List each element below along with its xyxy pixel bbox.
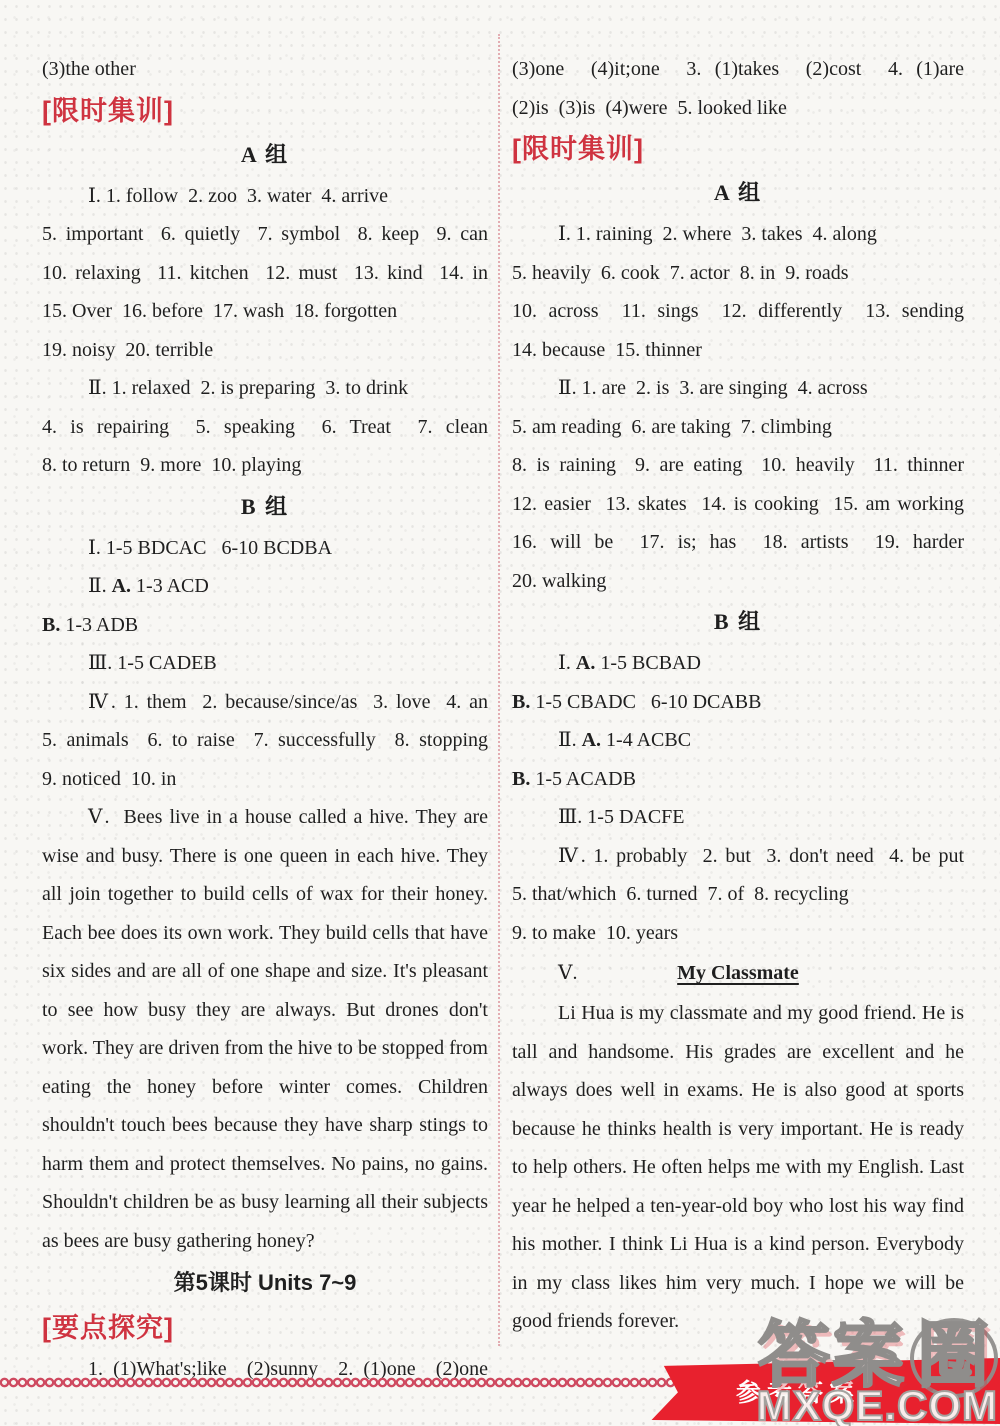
answer-line: Ⅲ. 1-5 CADEB bbox=[42, 644, 488, 683]
answer-line: Ⅱ. 1. are 2. is 3. are singing 4. across bbox=[512, 369, 964, 408]
answer-line: 5. heavily 6. cook 7. actor 8. in 9. roa… bbox=[512, 254, 964, 293]
essay-title: My Classmate bbox=[677, 962, 799, 984]
answer-line: 15. Over 16. before 17. wash 18. forgott… bbox=[42, 292, 488, 331]
answer-line: B. 1-5 ACADB bbox=[512, 760, 964, 799]
answer-line: B. 1-5 CBADC 6-10 DCABB bbox=[512, 683, 964, 722]
essay-paragraph: Ⅴ. Bees live in a house called a hive. T… bbox=[42, 798, 488, 1260]
answer-line: Ⅰ. A. 1-5 BCBAD bbox=[512, 644, 964, 683]
answer-line: 10. across 11. sings 12. differently 13.… bbox=[512, 292, 964, 331]
answer-line: 8. to return 9. more 10. playing bbox=[42, 446, 488, 485]
answer-line: (2)is (3)is (4)were 5. looked like bbox=[512, 89, 964, 128]
answer-line: Ⅱ. A. 1-4 ACBC bbox=[512, 721, 964, 760]
answer-line: 16. will be 17. is; has 18. artists 19. … bbox=[512, 523, 964, 562]
watermark: 答案圈 MXQE.COM bbox=[757, 1318, 998, 1424]
answer-line: Ⅲ. 1-5 DACFE bbox=[512, 798, 964, 837]
red-section-header: [要点探究] bbox=[42, 1306, 488, 1350]
answer-line: 9. noticed 10. in bbox=[42, 760, 488, 799]
answer-line: Ⅳ. 1. them 2. because/since/as 3. love 4… bbox=[42, 683, 488, 722]
chapter-heading: 第5课时 Units 7~9 bbox=[42, 1260, 488, 1306]
red-section-header: [限时集训] bbox=[42, 89, 488, 133]
answer-line: Ⅳ. 1. probably 2. but 3. don't need 4. b… bbox=[512, 837, 964, 876]
answer-line: 5. that/which 6. turned 7. of 8. recycli… bbox=[512, 875, 964, 914]
watermark-site: MXQE.COM bbox=[757, 1388, 998, 1424]
essay-numeral: Ⅴ. bbox=[558, 952, 577, 994]
essay-paragraph: Li Hua is my classmate and my good frien… bbox=[512, 994, 964, 1341]
answer-line: Ⅱ. 1. relaxed 2. is preparing 3. to drin… bbox=[42, 369, 488, 408]
answer-line: 5. am reading 6. are taking 7. climbing bbox=[512, 408, 964, 447]
answer-line: 9. to make 10. years bbox=[512, 914, 964, 953]
answer-line: 14. because 15. thinner bbox=[512, 331, 964, 370]
column-divider bbox=[498, 34, 500, 1346]
left-column: (3)the other[限时集训]A 组Ⅰ. 1. follow 2. zoo… bbox=[42, 50, 488, 1389]
answer-line: Ⅰ. 1-5 BDCAC 6-10 BCDBA bbox=[42, 529, 488, 568]
answer-line: B. 1-3 ADB bbox=[42, 606, 488, 645]
scanned-answer-page: (3)the other[限时集训]A 组Ⅰ. 1. follow 2. zoo… bbox=[0, 0, 1000, 1426]
answer-line: 20. walking bbox=[512, 562, 964, 601]
essay-title-line: Ⅴ.My Classmate bbox=[512, 952, 964, 994]
answer-line: 12. easier 13. skates 14. is cooking 15.… bbox=[512, 485, 964, 524]
answer-line: 10. relaxing 11. kitchen 12. must 13. ki… bbox=[42, 254, 488, 293]
answer-line: 4. is repairing 5. speaking 6. Treat 7. … bbox=[42, 408, 488, 447]
red-section-header: [限时集训] bbox=[512, 127, 964, 171]
group-heading: A 组 bbox=[42, 133, 488, 177]
group-heading: A 组 bbox=[512, 171, 964, 215]
answer-line: 5. animals 6. to raise 7. successfully 8… bbox=[42, 721, 488, 760]
answer-line: Ⅰ. 1. follow 2. zoo 3. water 4. arrive bbox=[42, 177, 488, 216]
group-heading: B 组 bbox=[42, 485, 488, 529]
answer-line: 8. is raining 9. are eating 10. heavily … bbox=[512, 446, 964, 485]
group-heading: B 组 bbox=[512, 600, 964, 644]
answer-line: 19. noisy 20. terrible bbox=[42, 331, 488, 370]
answer-line: Ⅱ. A. 1-3 ACD bbox=[42, 567, 488, 606]
answer-line: (3)the other bbox=[42, 50, 488, 89]
answer-line: Ⅰ. 1. raining 2. where 3. takes 4. along bbox=[512, 215, 964, 254]
answer-line: (3)one (4)it;one 3. (1)takes (2)cost 4. … bbox=[512, 50, 964, 89]
right-column: (3)one (4)it;one 3. (1)takes (2)cost 4. … bbox=[512, 50, 964, 1341]
answer-line: 5. important 6. quietly 7. symbol 8. kee… bbox=[42, 215, 488, 254]
